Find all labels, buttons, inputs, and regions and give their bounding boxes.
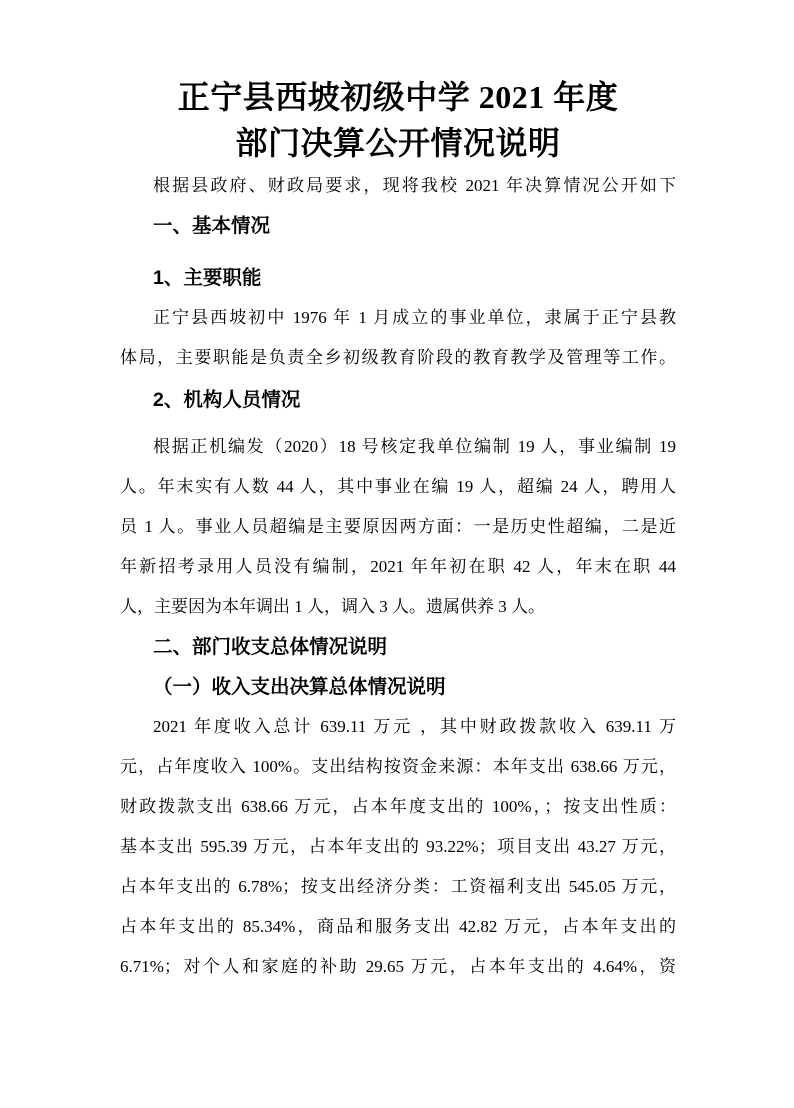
text-line: 人。年末实有人数 44 人，其中事业在编 19 人，超编 24 人，聘用人 bbox=[120, 467, 676, 507]
document-page: 正宁县西坡初级中学 2021 年度 部门决算公开情况说明 根据县政府、财政局要求… bbox=[0, 0, 794, 1108]
section-heading: 一、基本情况 bbox=[120, 206, 676, 246]
text-line: 基本支出 595.39 万元，占本年支出的 93.22%；项目支出 43.27 … bbox=[120, 827, 676, 867]
text-line: 根据县政府、财政局要求，现将我校 2021 年决算情况公开如下 bbox=[120, 166, 676, 206]
section-heading: （一）收入支出决算总体情况说明 bbox=[120, 667, 676, 707]
document-title-line-1: 正宁县西坡初级中学 2021 年度 bbox=[120, 74, 676, 120]
text-line: 6.71%；对个人和家庭的补助 29.65 万元，占本年支出的 4.64%，资 bbox=[120, 947, 676, 987]
text-line: 正宁县西坡初中 1976 年 1 月成立的事业单位，隶属于正宁县教 bbox=[120, 298, 676, 338]
section-heading: 二、部门收支总体情况说明 bbox=[120, 627, 676, 667]
text-line: 人，主要因为本年调出 1 人，调入 3 人。遗属供养 3 人。 bbox=[120, 587, 676, 627]
text-line: 元，占年度收入 100%。支出结构按资金来源：本年支出 638.66 万元， bbox=[120, 747, 676, 787]
text-line: 根据正机编发（2020）18 号核定我单位编制 19 人，事业编制 19 bbox=[120, 427, 676, 467]
text-line: 占本年支出的 85.34%，商品和服务支出 42.82 万元，占本年支出的 bbox=[120, 907, 676, 947]
document-title-line-2: 部门决算公开情况说明 bbox=[120, 120, 676, 166]
text-line: 年新招考录用人员没有编制，2021 年年初在职 42 人，年末在职 44 bbox=[120, 547, 676, 587]
section-heading: 2、机构人员情况 bbox=[120, 380, 676, 420]
document-title: 正宁县西坡初级中学 2021 年度 部门决算公开情况说明 bbox=[120, 74, 676, 166]
document-body: 根据县政府、财政局要求，现将我校 2021 年决算情况公开如下一、基本情况1、主… bbox=[120, 166, 676, 987]
text-line: 财政拨款支出 638.66 万元，占本年度支出的 100%，；按支出性质： bbox=[120, 787, 676, 827]
text-line: 体局，主要职能是负责全乡初级教育阶段的教育教学及管理等工作。 bbox=[120, 338, 676, 378]
text-line: 2021 年度收入总计 639.11 万元 ，其中财政拨款收入 639.11 万 bbox=[120, 707, 676, 747]
section-heading: 1、主要职能 bbox=[120, 258, 676, 298]
text-line: 员 1 人。事业人员超编是主要原因两方面：一是历史性超编，二是近 bbox=[120, 507, 676, 547]
document-content: 正宁县西坡初级中学 2021 年度 部门决算公开情况说明 根据县政府、财政局要求… bbox=[0, 0, 794, 987]
text-line: 占本年支出的 6.78%；按支出经济分类：工资福利支出 545.05 万元， bbox=[120, 867, 676, 907]
